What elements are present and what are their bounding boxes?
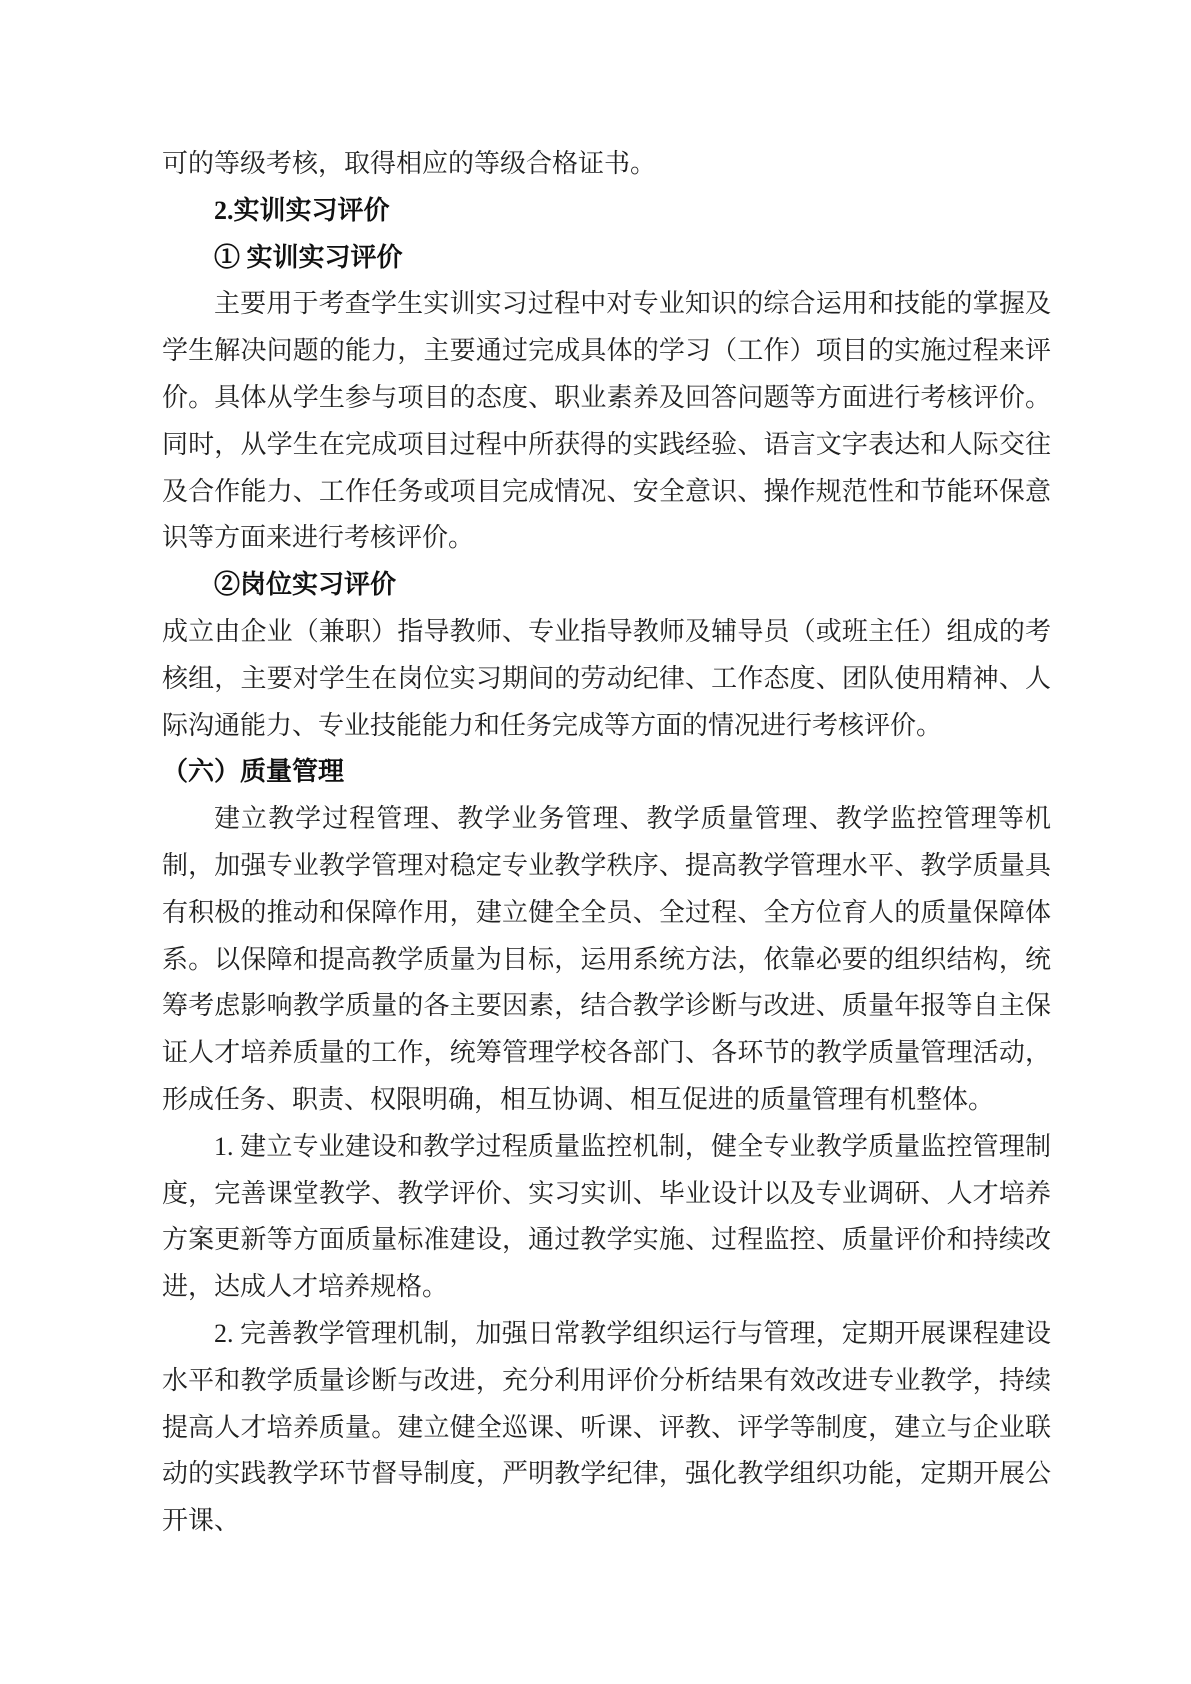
paragraph-quality-management-overview: 建立教学过程管理、教学业务管理、教学质量管理、教学监控管理等机制，加强专业教学管… (162, 796, 1051, 1124)
paragraph-certificate-continuation: 可的等级考核，取得相应的等级合格证书。 (162, 141, 1051, 188)
document-page: 可的等级考核，取得相应的等级合格证书。 2.实训实习评价 ① 实训实习评价 主要… (0, 0, 1191, 1684)
heading-training-internship-evaluation: 2.实训实习评价 (162, 188, 1051, 235)
paragraph-quality-item-1: 1. 建立专业建设和教学过程质量监控机制，健全专业教学质量监控管理制度，完善课堂… (162, 1124, 1051, 1311)
heading-circled2-post-internship-evaluation: ②岗位实习评价 (162, 562, 1051, 609)
paragraph-training-evaluation-body: 主要用于考查学生实训实习过程中对专业知识的综合运用和技能的掌握及学生解决问题的能… (162, 281, 1051, 562)
paragraph-post-internship-evaluation-body: 成立由企业（兼职）指导教师、专业指导教师及辅导员（或班主任）组成的考核组，主要对… (162, 609, 1051, 749)
heading-circled1-training-internship-evaluation: ① 实训实习评价 (162, 235, 1051, 282)
heading-section-six-quality-management: （六）质量管理 (162, 749, 1051, 796)
document-text-block: 可的等级考核，取得相应的等级合格证书。 2.实训实习评价 ① 实训实习评价 主要… (162, 141, 1051, 1545)
paragraph-quality-item-2: 2. 完善教学管理机制，加强日常教学组织运行与管理，定期开展课程建设水平和教学质… (162, 1311, 1051, 1545)
